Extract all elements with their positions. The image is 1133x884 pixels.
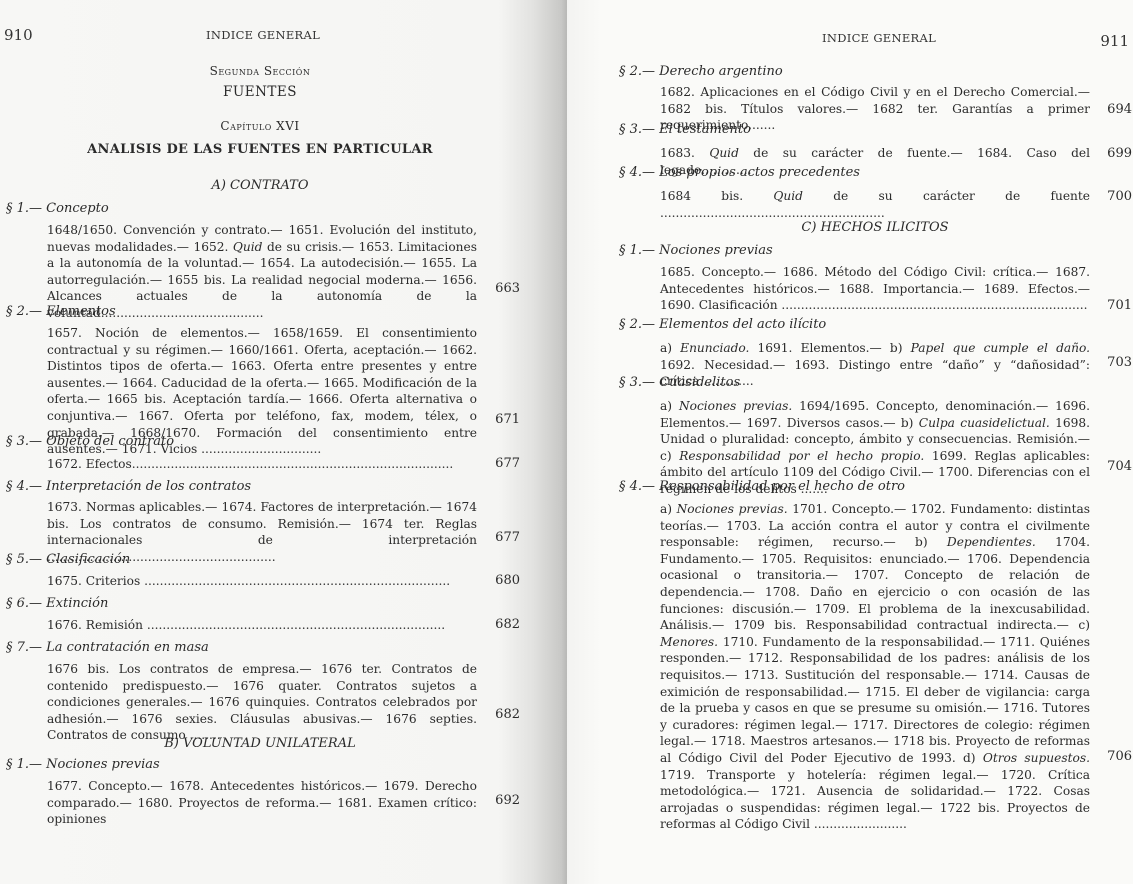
part-heading-a: A) CONTRATO [0,178,520,193]
chapter-label: Capítulo XVI [0,119,520,133]
page-ref[interactable]: 663 [480,281,520,296]
page-ref[interactable]: 682 [480,617,520,632]
section-heading: § 3.— Objeto del contrato [6,434,174,449]
right-page: INDICE GENERAL 911 § 2.— Derecho argenti… [567,0,1133,884]
page-number: 910 [4,26,33,44]
page-ref[interactable]: 694 [1092,102,1132,117]
section-label: Segunda Sección [0,64,520,78]
section-heading: § 1.— Nociones previas [619,243,773,258]
page-ref[interactable]: 692 [480,793,520,808]
page-ref[interactable]: 703 [1092,355,1132,370]
section-heading: § 1.— Nociones previas [6,757,160,772]
toc-entry[interactable]: 1676. Remisión .........................… [47,617,477,634]
section-heading: § 4.— Interpretación de los contratos [6,479,251,494]
page-number: 911 [1100,32,1129,50]
section-heading: § 2.— Derecho argentino [619,64,783,79]
section-title: FUENTES [0,84,520,100]
toc-entry[interactable]: 1672. Efectos...........................… [47,456,477,473]
page-ref[interactable]: 680 [480,573,520,588]
section-heading: § 2.— Elementos [6,304,116,319]
page-ref[interactable]: 699 [1092,146,1132,161]
section-heading: § 7.— La contratación en masa [6,640,209,655]
section-heading: § 5.— Clasificación [6,552,130,567]
part-heading-b: B) VOLUNTAD UNILATERAL [0,736,520,751]
toc-entry[interactable]: 1684 bis. Quid de su carácter de fuente … [660,188,1090,221]
page-ref[interactable]: 677 [480,456,520,471]
running-head: INDICE GENERAL [206,28,320,42]
section-heading: § 3.— El testamento [619,122,751,137]
toc-entry[interactable]: 1685. Concepto.— 1686. Método del Código… [660,264,1090,314]
section-heading: § 6.— Extinción [6,596,108,611]
section-heading: § 4.— Los propios actos precedentes [619,165,860,180]
page-ref[interactable]: 706 [1092,749,1132,764]
part-heading-c: C) HECHOS ILICITOS [660,220,1090,235]
running-head: INDICE GENERAL [822,31,936,45]
page-ref[interactable]: 704 [1092,459,1132,474]
page-ref[interactable]: 682 [480,707,520,722]
page-ref[interactable]: 671 [480,412,520,427]
toc-entry[interactable]: 1675. Criterios ........................… [47,573,477,590]
toc-entry[interactable]: 1676 bis. Los contratos de empresa.— 167… [47,661,477,744]
section-heading: § 2.— Elementos del acto ilícito [619,317,826,332]
chapter-title: ANALISIS DE LAS FUENTES EN PARTICULAR [0,142,520,157]
page-ref[interactable]: 701 [1092,298,1132,313]
book-spread: 910 INDICE GENERAL Segunda Sección FUENT… [0,0,1133,884]
section-heading: § 4.— Responsabilidad por el hecho de ot… [619,479,905,494]
page-ref[interactable]: 677 [480,530,520,545]
section-heading: § 1.— Concepto [6,201,109,216]
section-heading: § 3.— Cuasidelitos [619,375,740,390]
left-page: 910 INDICE GENERAL Segunda Sección FUENT… [0,0,567,884]
toc-entry[interactable]: a) Nociones previas. 1701. Concepto.— 17… [660,501,1090,833]
toc-entry[interactable]: 1677. Concepto.— 1678. Antecedentes hist… [47,778,477,828]
page-ref[interactable]: 700 [1092,189,1132,204]
